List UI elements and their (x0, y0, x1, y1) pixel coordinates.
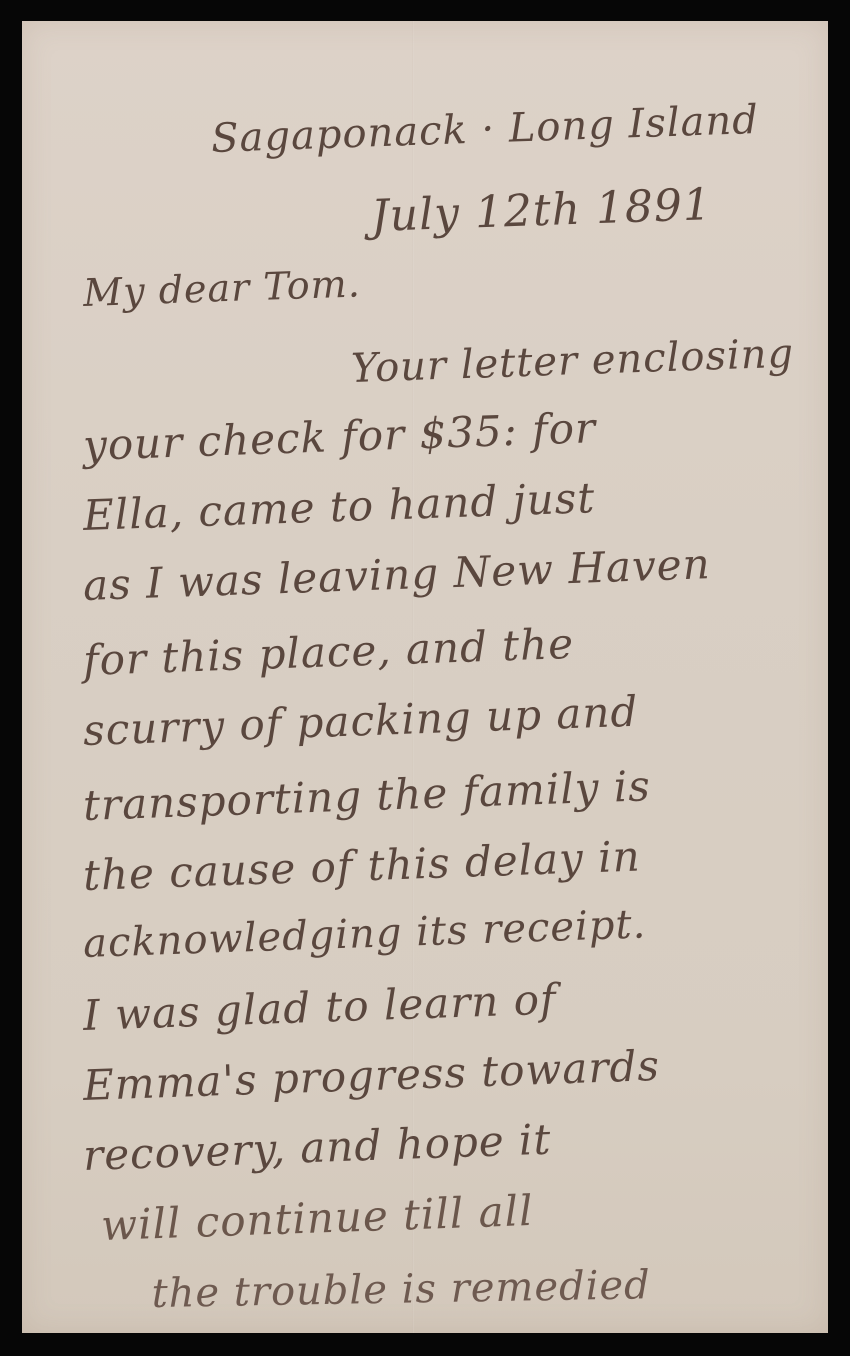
letter-line: the cause of this delay in (82, 832, 641, 900)
letter-line: acknowledging its receipt. (82, 901, 647, 967)
letter-line: Ella, came to hand just (82, 473, 596, 540)
letter-line: for this place, and the (82, 619, 574, 685)
letter-line: transporting the family is (82, 761, 651, 830)
letter-place: Sagaponack · Long Island (210, 97, 759, 162)
letter-line: I was glad to learn of (82, 975, 557, 1040)
letter-line: the trouble is remedied (151, 1262, 651, 1317)
letter-line: as I was leaving New Haven (82, 539, 711, 610)
letter-line: Your letter enclosing (350, 331, 794, 392)
letter-line: recovery, and hope it (82, 1115, 552, 1180)
letter-salutation: My dear Tom. (82, 261, 361, 315)
letter-line: Emma's progress towards (82, 1041, 660, 1110)
letter-line: will continue till all (100, 1186, 534, 1250)
letter-line: your check for $35: for (82, 403, 596, 470)
letter-page: Sagaponack · Long Island July 12th 1891 … (22, 21, 828, 1333)
letter-date: July 12th 1891 (370, 179, 712, 242)
letter-line: scurry of packing up and (82, 687, 639, 755)
